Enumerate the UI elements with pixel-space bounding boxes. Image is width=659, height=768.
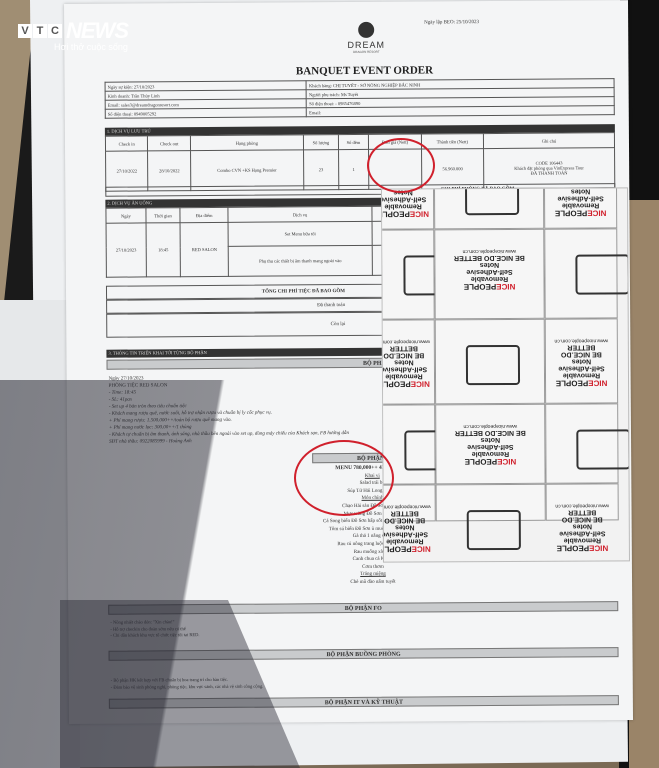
sticky-text: Removable xyxy=(439,275,539,283)
column-header: Địa điểm xyxy=(180,207,228,222)
sticky-text: Notes xyxy=(440,436,540,444)
sticky-note xyxy=(435,319,545,405)
sales-phone: Số điện thoại: 0949005292 xyxy=(105,108,306,118)
sticky-text: BE NICE.DO BETTER xyxy=(381,344,430,358)
watermark-tagline: Hơi thở cuộc sống xyxy=(54,42,128,52)
sticky-text: Notes xyxy=(439,261,539,269)
sticky-label: NICEPEOPLERemovableSelf-AdhesiveNotesBE … xyxy=(440,423,540,467)
sticky-label: NICEPEOPLERemovableSelf-AdhesiveNotesBE … xyxy=(439,248,539,292)
logo-word: NEWS xyxy=(66,18,128,44)
sticky-note: NICEPEOPLERemovableSelf-AdhesiveNotesBE … xyxy=(546,483,619,520)
note-line: ĐÃ THANH TOÁN xyxy=(485,170,613,176)
dining-venue: RED SALON xyxy=(180,222,228,276)
sticky-illustration-icon xyxy=(467,510,521,550)
nicepeople-logo: NICEPEOPLE xyxy=(381,544,431,553)
background-wood xyxy=(629,200,659,768)
nicepeople-logo: NICEPEOPLE xyxy=(550,378,613,387)
dining-date: 27/10/2023 xyxy=(106,223,146,277)
brand-part: NICE xyxy=(411,379,430,388)
sticky-text: Self-Adhesive xyxy=(550,364,613,371)
sticky-note xyxy=(544,228,617,318)
it-dept-header: BỘ PHẬN IT VÀ KỸ THUẬT xyxy=(109,695,619,709)
red-circle-room-total xyxy=(367,138,435,193)
sticky-text: BE NICE.DO BETTER xyxy=(381,509,431,523)
sticky-note xyxy=(545,403,618,483)
info-table: Ngày sự kiện: 27/10/2023Khách hàng: CHỊ … xyxy=(105,78,615,119)
sticky-url: www.nicepeople.com.cn xyxy=(381,338,430,344)
sticky-label: NICEPEOPLERemovableSelf-AdhesiveNotesBE … xyxy=(381,338,430,388)
fb-notes: Ngày 27/10/2023 PHÒNG TIỆC RED SALON - T… xyxy=(109,374,409,446)
sticky-illustration-icon xyxy=(575,254,629,294)
column-header: Check in xyxy=(105,136,148,151)
date-created: Ngày lập BEO: 25/10/2023 xyxy=(424,20,479,25)
red-circle-menu-price xyxy=(294,440,394,516)
dining-service: Set Menu bữa tối xyxy=(228,221,372,246)
sticky-illustration-icon xyxy=(465,187,519,215)
brand-part: NICE xyxy=(497,457,516,466)
fo-notes: - Nồng nhiệt chào đón: "Xin chào!"- Hỗ t… xyxy=(110,619,199,639)
column-header: Thời gian xyxy=(146,208,181,223)
sticky-illustration-icon xyxy=(576,429,630,469)
sticky-note: NICEPEOPLERemovableSelf-AdhesiveNotesBE … xyxy=(545,318,618,403)
housekeeping-dept-header: BỘ PHẬN BUỒNG PHÒNG xyxy=(109,647,619,661)
sticky-note: NICEPEOPLERemovableSelf-AdhesiveNotesBE … xyxy=(381,187,434,229)
sticky-note: NICEPEOPLERemovableSelf-AdhesiveNotesBE … xyxy=(434,229,544,320)
brand-part: NICE xyxy=(412,544,431,553)
sticky-text: Removable xyxy=(440,450,540,458)
sticky-text: Self-Adhesive xyxy=(381,195,429,202)
fo-dept-header: BỘ PHẬN FO xyxy=(108,601,618,615)
sticky-label: NICEPEOPLERemovableSelf-AdhesiveNotesBE … xyxy=(551,502,614,552)
brand-part: NICE xyxy=(589,543,608,552)
column-header: Check out xyxy=(148,136,191,151)
vtc-news-watermark: V T C NEWS Hơi thở cuộc sống xyxy=(18,18,128,52)
column-header: Ngày xyxy=(106,208,146,223)
document-title: BANQUET EVENT ORDER xyxy=(244,64,484,78)
housekeeping-notes: - Bộ phận HK kết hợp với FB chuẩn bị hoa… xyxy=(111,677,264,691)
nicepeople-logo: NICEPEOPLE xyxy=(440,282,540,292)
sticky-label: NICEPEOPLERemovableSelf-AdhesiveNotesBE … xyxy=(550,337,613,387)
sticky-text: Removable xyxy=(381,372,430,379)
sticky-label: NICEPEOPLERemovableSelf-AdhesiveNotesBE … xyxy=(381,503,431,553)
sticky-text: Self-Adhesive xyxy=(381,530,431,537)
sticky-note xyxy=(434,187,544,229)
logo-letter: T xyxy=(33,24,47,38)
nicepeople-logo: NICEPEOPLE xyxy=(381,379,430,388)
sticky-text: BE NICE.DO BETTER xyxy=(550,343,613,357)
logo-letter: C xyxy=(48,24,62,38)
table-cell: 28/10/2022 xyxy=(148,151,191,191)
column-header: Dịch vụ xyxy=(228,206,372,222)
logo-subtitle: DRAGON RESORT xyxy=(336,50,396,54)
sticky-text: Self-Adhesive xyxy=(381,365,430,372)
table-cell: 27/10/2022 xyxy=(106,151,149,191)
nicepeople-logo: NICEPEOPLE xyxy=(381,209,429,218)
customer-email: Email: xyxy=(307,106,615,117)
sticky-notes-pad: NICEPEOPLERemovableSelf-AdhesiveNotesBE … xyxy=(381,187,630,562)
sticky-text: Self-Adhesive xyxy=(440,443,540,451)
sticky-note: NICEPEOPLERemovableSelf-AdhesiveNotesBE … xyxy=(435,404,545,485)
column-header: Số lượng xyxy=(303,135,338,150)
sticky-note xyxy=(381,229,435,319)
logo-name: DREAM xyxy=(336,40,396,50)
dining-service: Phụ thu các thiết bị âm thanh mang ngoài… xyxy=(228,245,372,276)
sticky-illustration-icon xyxy=(466,345,520,385)
sticky-url: www.nicepeople.com.cn xyxy=(551,502,614,508)
column-header: Thành tiền (Nett) xyxy=(421,134,483,149)
sticky-text: Self-Adhesive xyxy=(551,529,614,536)
sticky-url: www.nicepeople.com.cn xyxy=(550,337,613,343)
table-cell: 1 xyxy=(338,149,368,189)
brand-part: NICE xyxy=(588,378,607,387)
column-header: Hạng phòng xyxy=(190,135,303,151)
sticky-url: www.nicepeople.com.cn xyxy=(381,503,431,509)
nicepeople-logo: NICEPEOPLE xyxy=(549,208,612,217)
dragon-logo-icon xyxy=(358,22,374,38)
vtc-news-logo: V T C NEWS xyxy=(18,18,128,44)
sticky-text: Self-Adhesive xyxy=(439,268,539,276)
hk-note-line: - Đảm bảo vệ sinh phòng nghỉ, phòng tiệc… xyxy=(111,683,264,691)
brand-part: NICE xyxy=(496,282,515,291)
nicepeople-logo: NICEPEOPLE xyxy=(440,457,540,467)
sticky-text: Self-Adhesive xyxy=(549,194,612,201)
column-header: Ghi chú xyxy=(483,133,614,149)
sticky-text: Removable xyxy=(381,537,431,544)
sticky-note: NICEPEOPLERemovableSelf-AdhesiveNotesBE … xyxy=(381,319,435,404)
sticky-label: NICEPEOPLERemovableSelf-AdhesiveNotesBE … xyxy=(549,187,612,217)
logo-letter: V xyxy=(18,24,32,38)
dining-time: 18:45 xyxy=(146,223,181,277)
sticky-text: BE NICE.DO BETTER xyxy=(439,254,539,262)
nicepeople-logo: NICEPEOPLE xyxy=(551,543,614,552)
sticky-text: BE NICE.DO BETTER xyxy=(440,429,540,437)
brand-part: NICE xyxy=(410,209,429,218)
brand-part: NICE xyxy=(587,208,606,217)
sticky-text: BE NICE.DO BETTER xyxy=(551,508,614,522)
fo-note-line: - Chỉ dẫn khách khu vực tổ chức tiệc tối… xyxy=(110,632,199,639)
column-header: Số đêm xyxy=(338,134,368,149)
sticky-note xyxy=(436,484,546,522)
sticky-note: NICEPEOPLERemovableSelf-AdhesiveNotesBE … xyxy=(544,187,617,228)
table-cell: 23 xyxy=(303,150,338,190)
resort-logo: DREAM DRAGON RESORT xyxy=(336,22,396,54)
menu-item: Chè mũ đào nấm tuyết xyxy=(313,578,433,586)
